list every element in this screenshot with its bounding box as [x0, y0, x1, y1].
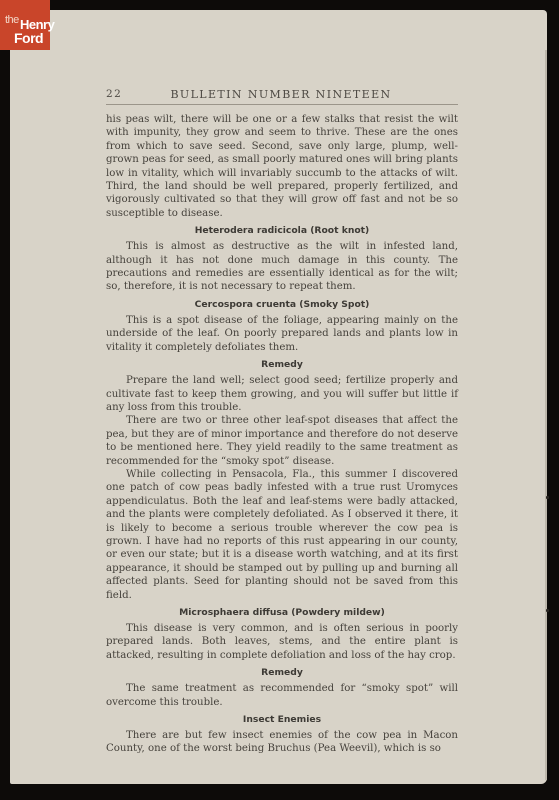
- section-heading: Insect Enemies: [106, 713, 458, 726]
- paragraph: Prepare the land well; select good seed;…: [106, 374, 458, 414]
- header-rule: [106, 104, 458, 105]
- binding-mark: [546, 496, 549, 499]
- document-body: his peas wilt, there will be one or a fe…: [106, 113, 458, 756]
- section-heading: Remedy: [106, 666, 458, 679]
- section-heading: Microsphaera diffusa (Powdery mildew): [106, 606, 458, 619]
- paragraph: This is a spot disease of the foliage, a…: [106, 314, 458, 354]
- paragraph: While collecting in Pensacola, Fla., thi…: [106, 468, 458, 602]
- section-heading: Remedy: [106, 358, 458, 371]
- section-heading: Heterodera radicicola (Root knot): [106, 224, 458, 237]
- paragraph: his peas wilt, there will be one or a fe…: [106, 113, 458, 220]
- paragraph: This is almost as destructive as the wil…: [106, 240, 458, 294]
- paragraph: This disease is very common, and is ofte…: [106, 622, 458, 662]
- running-title: BULLETIN NUMBER NINETEEN: [106, 88, 456, 101]
- page-edge: [545, 50, 547, 780]
- binding-mark: [546, 609, 549, 612]
- logo-the: the: [5, 14, 19, 26]
- section-heading: Cercospora cruenta (Smoky Spot): [106, 298, 458, 311]
- paragraph: The same treatment as recommended for “s…: [106, 682, 458, 709]
- logo-ford: Ford: [14, 30, 43, 46]
- henry-ford-logo: the Henry Ford: [0, 0, 50, 50]
- paragraph: There are but few insect enemies of the …: [106, 729, 458, 756]
- running-header: 22 BULLETIN NUMBER NINETEEN: [106, 88, 456, 104]
- paragraph: There are two or three other leaf-spot d…: [106, 414, 458, 468]
